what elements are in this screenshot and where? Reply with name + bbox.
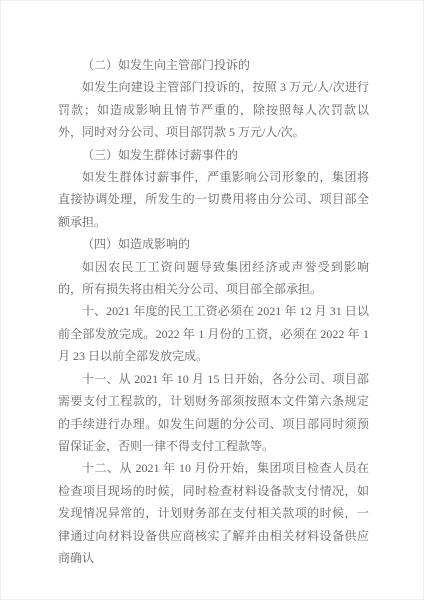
paragraph-impact-loss: 如因农民工工资问题导致集团经济或声誉受到影响的，所有损失将由相关分公司、项目部全… — [58, 256, 369, 301]
paragraph-heading-3: （三）如发生群体讨薪事件的 — [58, 144, 369, 166]
paragraph-heading-4: （四）如造成影响的 — [58, 233, 369, 255]
paragraph-heading-2: （二）如发生向主管部门投诉的 — [58, 54, 369, 76]
paragraph-item-11: 十一、从 2021 年 10 月 15 日开始，各分公司、项目部需要支付工程款的… — [58, 368, 369, 458]
document-body: （二）如发生向主管部门投诉的 如发生向建设主管部门投诉的，按照 3 万元/人/次… — [58, 54, 369, 569]
document-page: （二）如发生向主管部门投诉的 如发生向建设主管部门投诉的，按照 3 万元/人/次… — [0, 0, 424, 600]
paragraph-group-incident: 如发生群体讨薪事件，严重影响公司形象的，集团将直接协调处理，所发生的一切费用将由… — [58, 166, 369, 233]
paragraph-item-10: 十、2021 年度的民工工资必须在 2021 年 12 月 31 日以前全部发放… — [58, 300, 369, 367]
paragraph-complaint-penalty: 如发生向建设主管部门投诉的，按照 3 万元/人/次进行罚款；如造成影响且情节严重… — [58, 76, 369, 143]
paragraph-item-12: 十二、从 2021 年 10 月份开始，集团项目检查人员在检查项目现场的时候，同… — [58, 457, 369, 569]
